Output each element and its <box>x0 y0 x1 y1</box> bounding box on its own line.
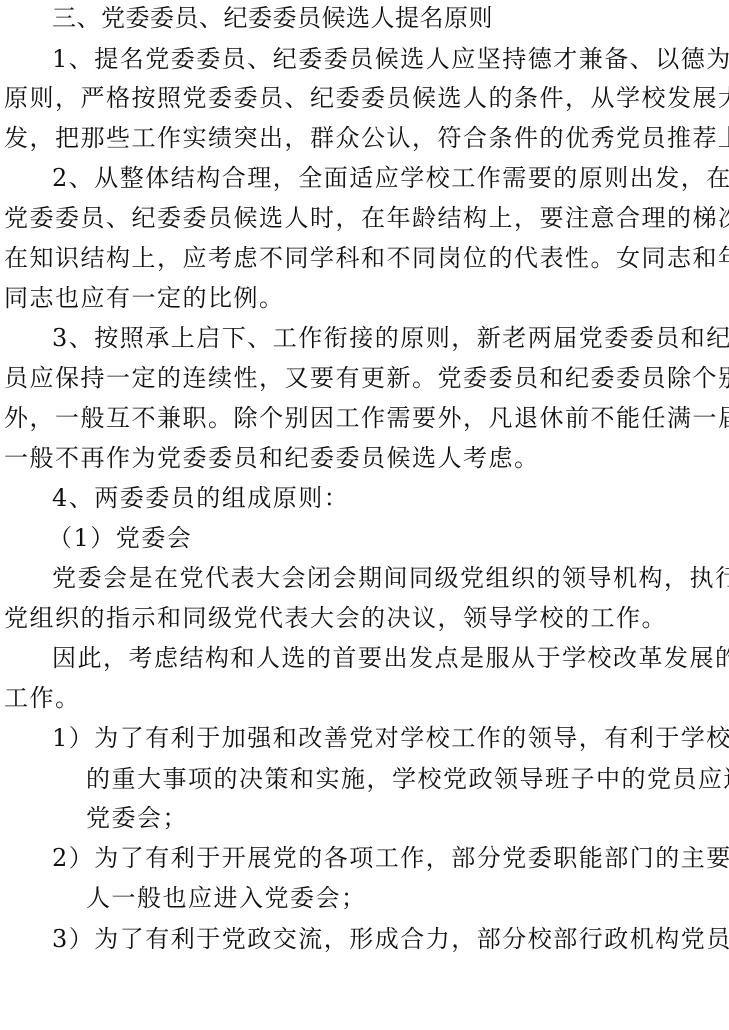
paragraph-line: 外，一般互不兼职。除个别因工作需要外，凡退休前不能任满一届的， <box>0 398 729 438</box>
paragraph-line: 3、按照承上启下、工作衔接的原则，新老两届党委委员和纪委委 <box>0 318 729 358</box>
list-item-line: 2）为了有利于开展党的各项工作，部分党委职能部门的主要负责 <box>0 838 729 878</box>
paragraph-line: 一般不再作为党委委员和纪委委员候选人考虑。 <box>0 438 729 478</box>
paragraph-line: 因此，考虑结构和人选的首要出发点是服从于学校改革发展的各项 <box>0 638 729 678</box>
list-item-line: 3）为了有利于党政交流，形成合力，部分校部行政机构党员负责 <box>0 919 729 959</box>
paragraph-line: 2、从整体结构合理，全面适应学校工作需要的原则出发，在提名 <box>0 158 729 198</box>
paragraph-line: 工作。 <box>0 678 729 718</box>
paragraph-line: 党委会是在党代表大会闭会期间同级党组织的领导机构，执行上级 <box>0 558 729 598</box>
section-heading: 三、党委委员、纪委委员候选人提名原则 <box>0 0 729 38</box>
paragraph-line: 员应保持一定的连续性，又要有更新。党委委员和纪委委员除个别同志 <box>0 358 729 398</box>
paragraph-line: 1、提名党委委员、纪委委员候选人应坚持德才兼备、以德为先的 <box>0 39 729 79</box>
paragraph-line: 党委委员、纪委委员候选人时，在年龄结构上，要注意合理的梯次配备， <box>0 198 729 238</box>
paragraph-line: 4、两委委员的组成原则： <box>0 478 729 518</box>
paragraph-line: 党组织的指示和同级党代表大会的决议，领导学校的工作。 <box>0 598 729 638</box>
list-item-line: 1）为了有利于加强和改善党对学校工作的领导，有利于学校发展 <box>0 718 729 758</box>
list-item-line: 的重大事项的决策和实施，学校党政领导班子中的党员应进入 <box>0 759 729 799</box>
subsection-heading: （1）党委会 <box>0 518 729 558</box>
paragraph-line: 在知识结构上，应考虑不同学科和不同岗位的代表性。女同志和年轻的 <box>0 238 729 278</box>
paragraph-line: 发，把那些工作实绩突出，群众公认，符合条件的优秀党员推荐上来。 <box>0 118 729 158</box>
list-item-line: 党委会； <box>0 798 729 838</box>
paragraph-line: 原则，严格按照党委委员、纪委委员候选人的条件，从学校发展大局出 <box>0 78 729 118</box>
paragraph-line: 同志也应有一定的比例。 <box>0 278 729 318</box>
list-item-line: 人一般也应进入党委会； <box>0 878 729 918</box>
